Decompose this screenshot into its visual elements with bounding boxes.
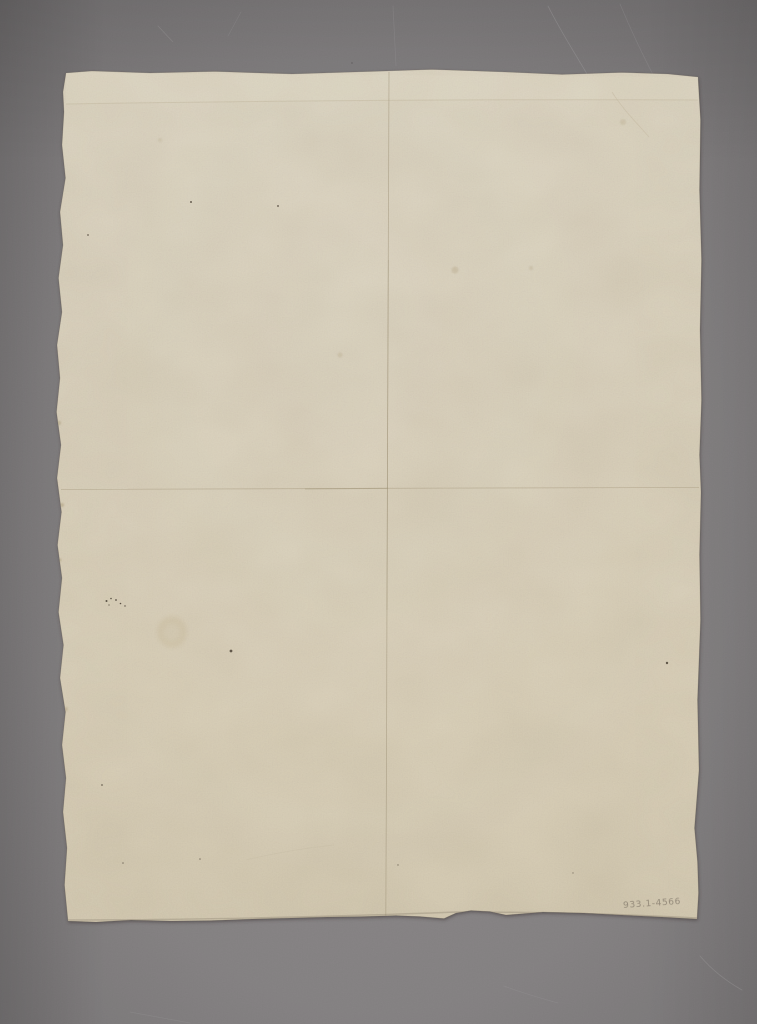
museum-photograph: 933.1-4566 <box>0 0 757 1024</box>
photo-canvas: 933.1-4566 <box>0 0 757 1024</box>
photo-grain <box>0 0 757 1024</box>
